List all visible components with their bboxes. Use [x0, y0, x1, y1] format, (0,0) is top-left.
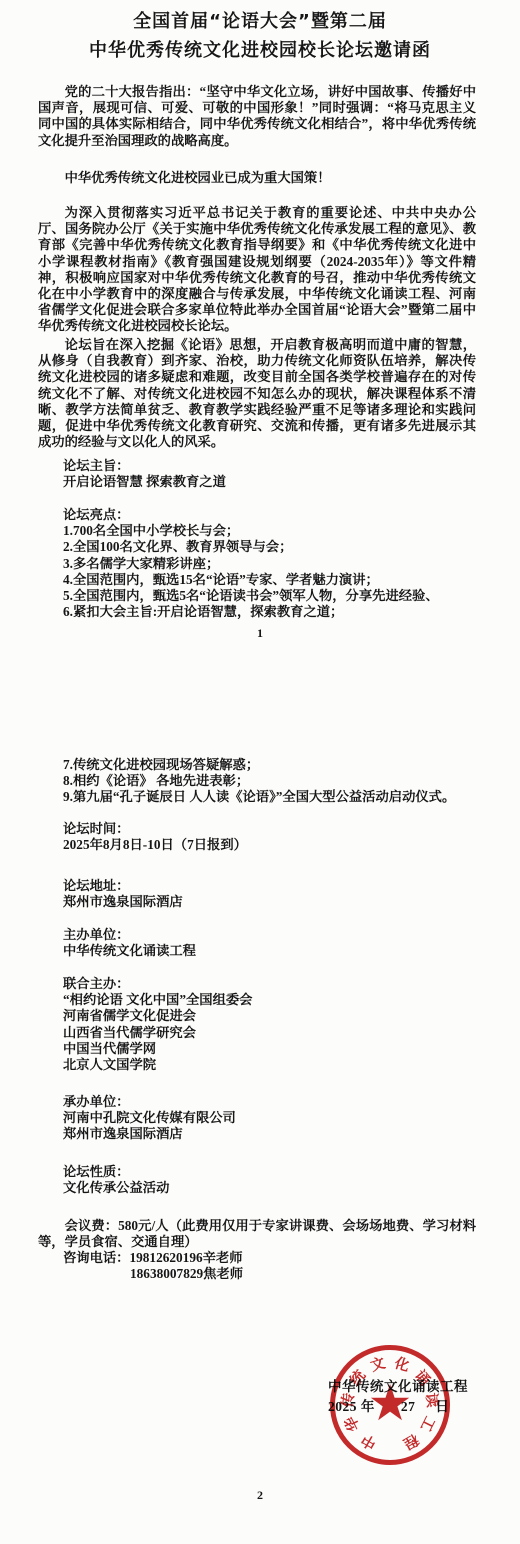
section-contact: 咨询电话：19812620196辛老师 18638007829焦老师 [38, 1250, 476, 1282]
invitation-letter-document: 全国首届“论语大会”暨第二届 中华优秀传统文化进校园校长论坛邀请函 党的二十大报… [0, 0, 520, 1544]
list-item: 6.紧扣大会主旨:开启论语智慧，探索教育之道； [38, 604, 476, 620]
contact-phone-1: 咨询电话：19812620196辛老师 [38, 1250, 476, 1266]
forum-purpose-label: 论坛主旨： [38, 458, 476, 474]
section-forum-highlights: 论坛亮点： 1.700名全国中小学校长与会； 2.全国100名文化界、教育界领导… [38, 507, 476, 620]
section-forum-nature: 论坛性质： 文化传承公益活动 [38, 1164, 476, 1196]
list-item: 郑州市逸泉国际酒店 [38, 1126, 476, 1142]
list-item: 河南中孔院文化传媒有限公司 [38, 1110, 476, 1126]
list-item: 9.第九届“孔子诞辰日 人人读《论语》”全国大型公益活动启动仪式。 [38, 789, 476, 805]
red-star-icon: ★ [368, 1378, 413, 1428]
list-item: 5.全国范围内，甄选5名“论语读书会”领军人物，分享先进经验、 [38, 588, 476, 604]
joint-hosts-label: 联合主办： [38, 976, 476, 992]
seal-ring-char: 传 [336, 1392, 359, 1409]
paragraph-national-policy: 中华优秀传统文化进校园业已成为重大国策！ [38, 170, 476, 186]
list-item: 2.全国100名文化界、教育界领导与会； [38, 539, 476, 555]
list-item: 中国当代儒学网 [38, 1041, 476, 1057]
paragraph-documents-spirit: 为深入贯彻落实习近平总书记关于教育的重要论述、中共中央办公厅、国务院办公厅《关于… [38, 205, 476, 335]
section-undertaking-units: 承办单位： 河南中孔院文化传媒有限公司 郑州市逸泉国际酒店 [38, 1094, 476, 1143]
list-item: 4.全国范围内，甄选15名“论语”专家、学者魅力演讲； [38, 572, 476, 588]
forum-address-value: 郑州市逸泉国际酒店 [38, 894, 476, 910]
section-forum-purpose: 论坛主旨： 开启论语智慧 探索教育之道 [38, 458, 476, 490]
title-line-1: 全国首届“论语大会”暨第二届 [0, 7, 520, 36]
page-number-1: 1 [0, 626, 520, 641]
list-item: 山西省当代儒学研究会 [38, 1025, 476, 1041]
list-item: 8.相约《论语》 各地先进表彰； [38, 773, 476, 789]
undertaking-units-label: 承办单位： [38, 1094, 476, 1110]
section-forum-address: 论坛地址： 郑州市逸泉国际酒店 [38, 878, 476, 910]
list-item: 1.700名全国中小学校长与会； [38, 523, 476, 539]
list-item: 河南省儒学文化促进会 [38, 1008, 476, 1024]
forum-nature-value: 文化传承公益活动 [38, 1180, 476, 1196]
forum-address-label: 论坛地址： [38, 878, 476, 894]
official-seal-stamp: ★ 中华传统文化诵读工程 [330, 1345, 450, 1465]
list-item: “相约论语 文化中国”全国组委会 [38, 992, 476, 1008]
section-forum-time: 论坛时间： 2025年8月8日-10日（7日报到） [38, 821, 476, 853]
forum-time-value: 2025年8月8日-10日（7日报到） [38, 837, 476, 853]
paragraph-party-congress: 党的二十大报告指出：“坚守中华文化立场，讲好中国故事、传播好中国声音，展现可信、… [38, 84, 476, 149]
section-joint-hosts: 联合主办： “相约论语 文化中国”全国组委会 河南省儒学文化促进会 山西省当代儒… [38, 976, 476, 1073]
title-line-2: 中华优秀传统文化进校园校长论坛邀请函 [0, 36, 520, 65]
seal-ring-char: 读 [421, 1392, 444, 1409]
paragraph-forum-aim: 论坛旨在深入挖掘《论语》思想，开启教育极高明而道中庸的智慧，从修身（自我教育）到… [38, 337, 476, 450]
forum-purpose-value: 开启论语智慧 探索教育之道 [38, 474, 476, 490]
section-forum-highlights-continued: 7.传统文化进校园现场答疑解惑； 8.相约《论语》 各地先进表彰； 9.第九届“… [38, 757, 476, 806]
forum-nature-label: 论坛性质： [38, 1164, 476, 1180]
host-unit-label: 主办单位： [38, 927, 476, 943]
list-item: 7.传统文化进校园现场答疑解惑； [38, 757, 476, 773]
forum-time-label: 论坛时间： [38, 821, 476, 837]
page-number-2: 2 [0, 1488, 520, 1503]
forum-highlights-label: 论坛亮点： [38, 507, 476, 523]
document-title: 全国首届“论语大会”暨第二届 中华优秀传统文化进校园校长论坛邀请函 [0, 7, 520, 65]
host-unit-value: 中华传统文化诵读工程 [38, 943, 476, 959]
list-item: 北京人文国学院 [38, 1057, 476, 1073]
list-item: 3.多名儒学大家精彩讲座； [38, 556, 476, 572]
section-host-unit: 主办单位： 中华传统文化诵读工程 [38, 927, 476, 959]
paragraph-conference-fee: 会议费：580元/人（此费用仅用于专家讲课费、会场场地费、学习材料等，学员食宿、… [38, 1218, 476, 1250]
contact-phone-2: 18638007829焦老师 [38, 1266, 476, 1282]
